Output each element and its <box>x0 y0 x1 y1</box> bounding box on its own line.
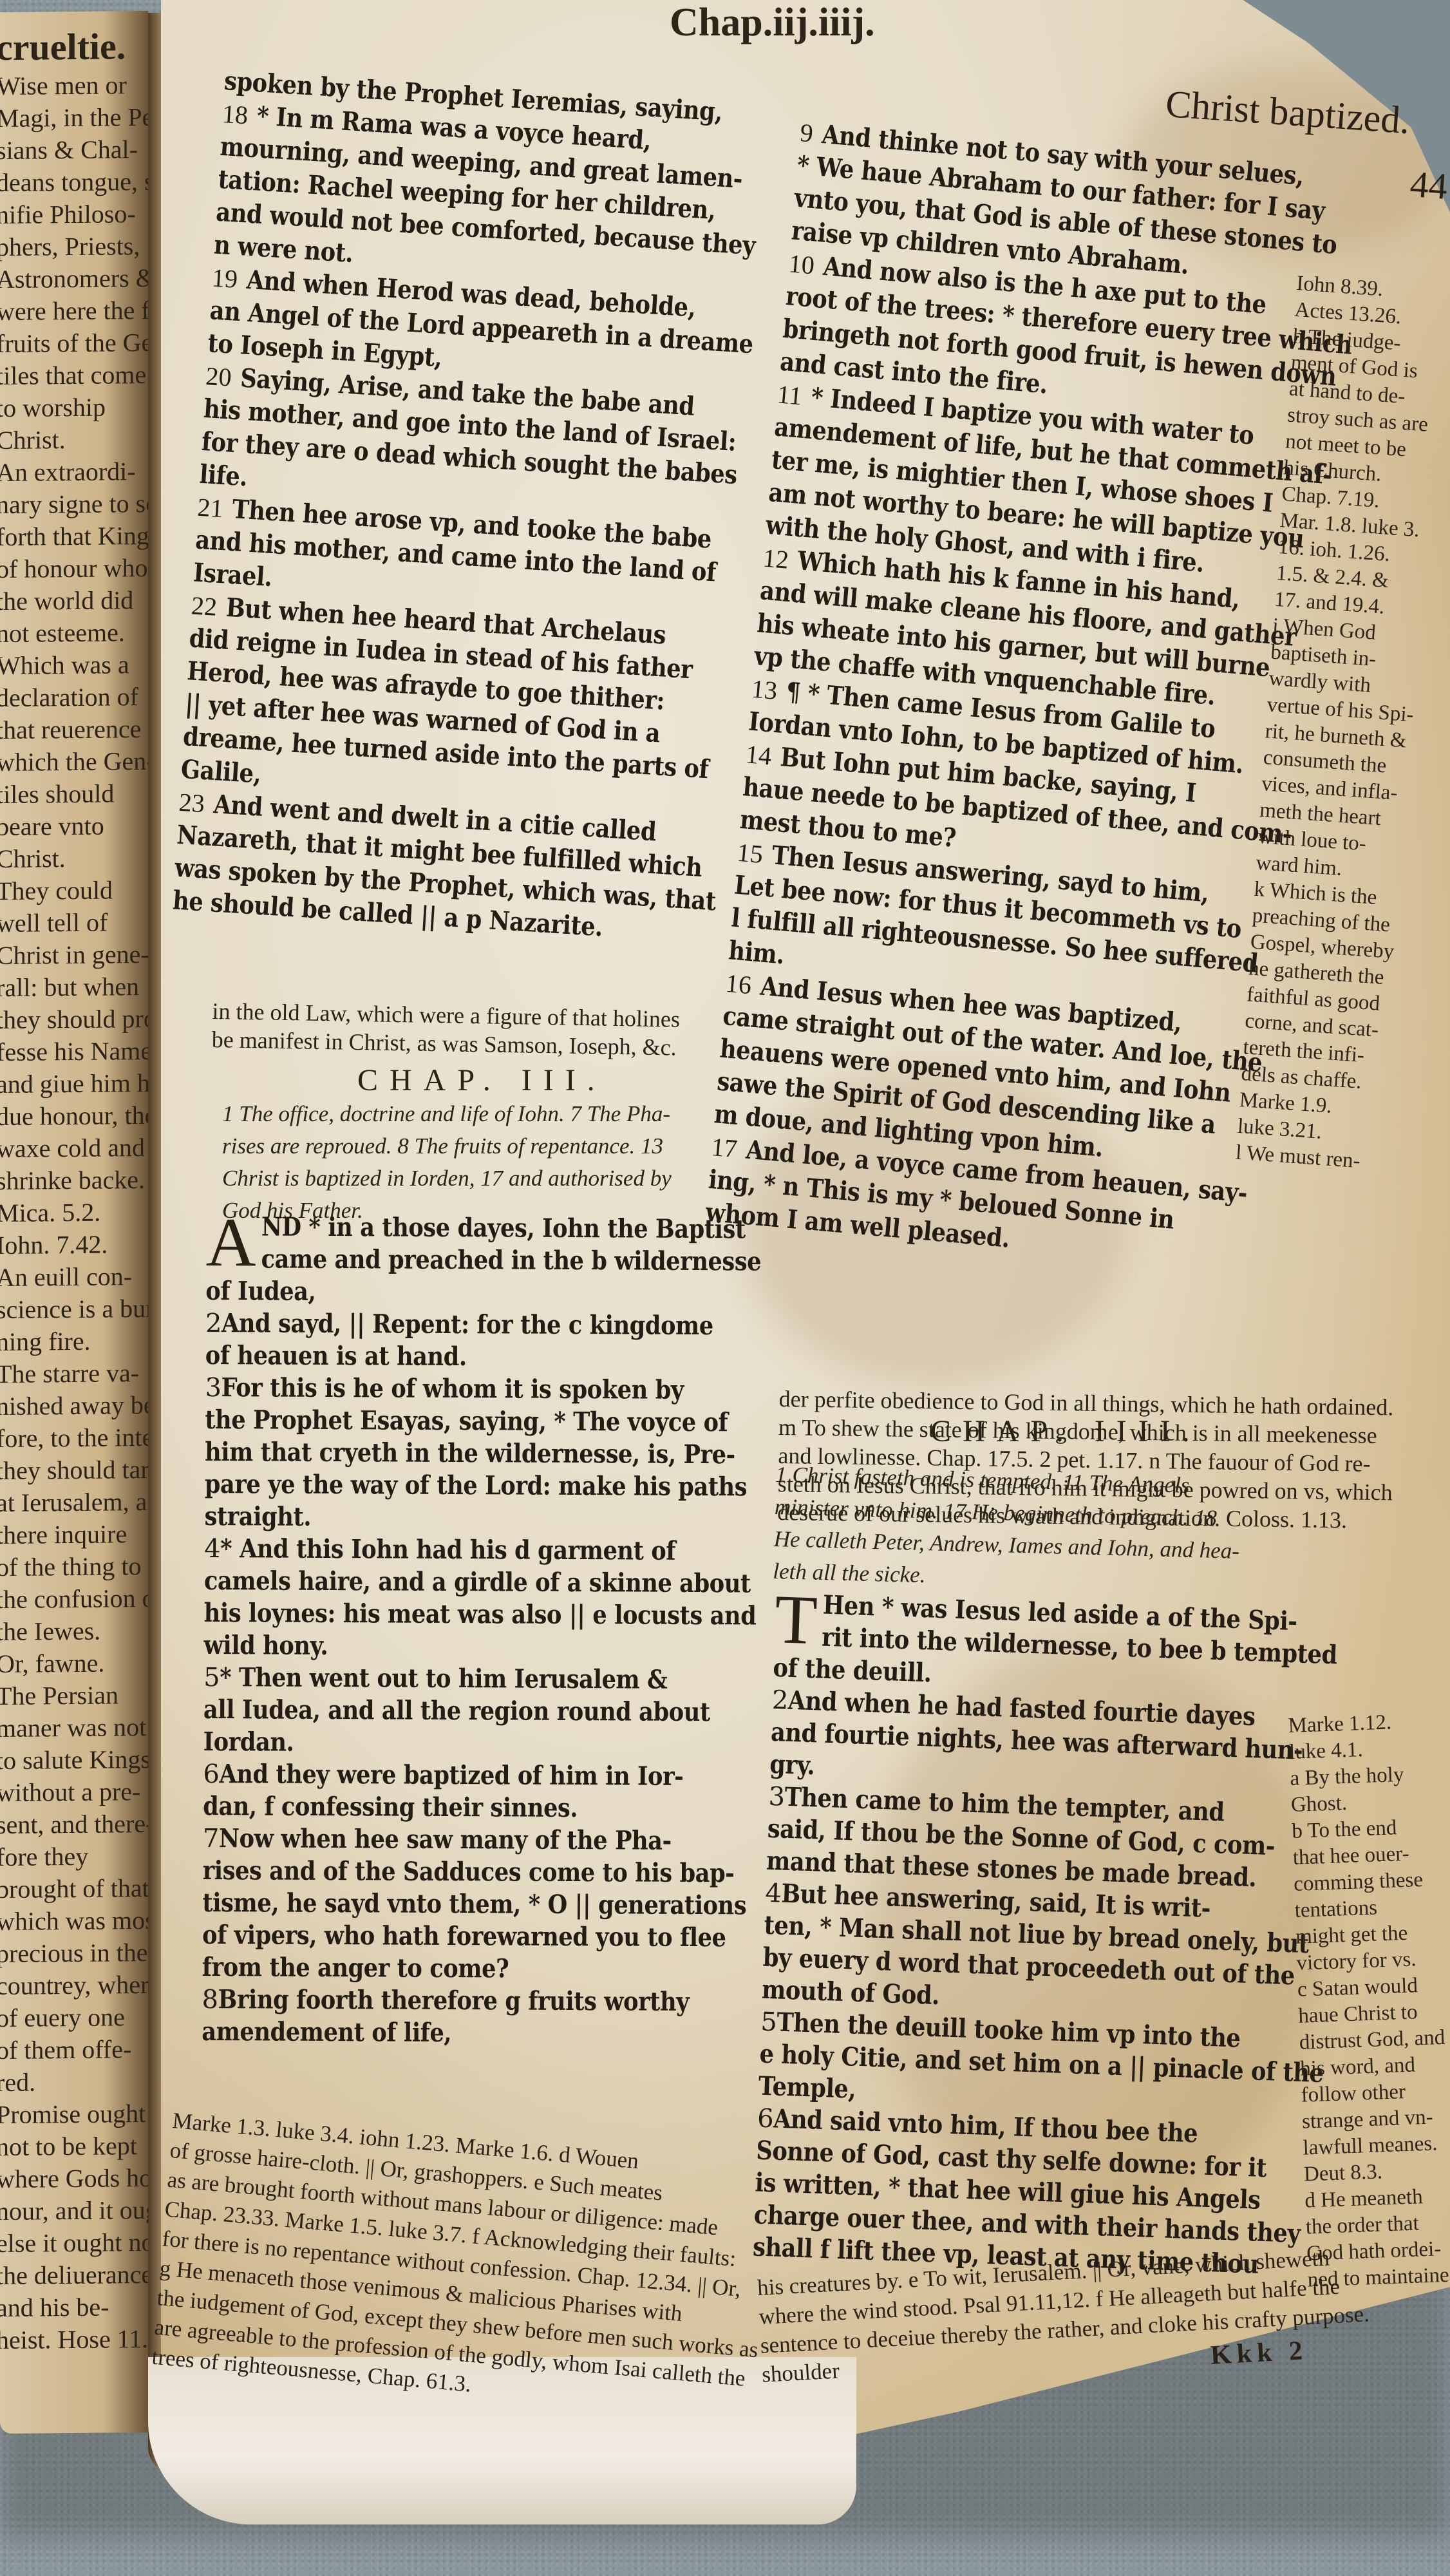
chapter-4-text: T Hen * was Iesus led aside a of the Spi… <box>752 1587 1316 2282</box>
verse-number: 23 <box>178 788 206 818</box>
marginal-note-line: and giue him his <box>0 1067 148 1101</box>
marginal-note-line: not to be kept <box>0 2130 148 2163</box>
marginal-note-line: else it ought not <box>0 2226 148 2260</box>
verse-text: camels haire, and a girdle of a skinne a… <box>204 1565 751 1600</box>
verse-line: rises and of the Sadduces come to his ba… <box>203 1855 782 1890</box>
verse-text: tisme, he sayd vnto them, * O || generat… <box>202 1887 746 1922</box>
verse-number: 13 <box>750 674 778 705</box>
verse-text: him. <box>727 934 786 971</box>
verse-text: * Then went out to him Ierusalem & <box>220 1662 668 1696</box>
marginal-note-line: nished away be- <box>0 1389 148 1423</box>
marginal-note-line: well tell of <box>0 906 148 940</box>
drop-cap: A <box>205 1211 256 1275</box>
marginal-note-line: deans tongue, sig- <box>0 166 148 199</box>
chapter-heading-3: CHAP. III. <box>357 1063 607 1098</box>
chapter-3-argument: 1 The office, doctrine and life of Iohn.… <box>222 1098 789 1227</box>
marginal-note-line: which the Gen- <box>0 745 148 779</box>
marginal-note-line: tiles that come <box>0 359 148 392</box>
verse-line: ND * in a those dayes, Iohn the Baptist <box>206 1211 786 1246</box>
verse-line: 6And they were baptized of him in Ior- <box>203 1758 782 1794</box>
verse-text: the Prophet Esayas, saying, * The voyce … <box>205 1404 728 1439</box>
verse-text: ND * in a those dayes, Iohn the Baptist <box>261 1211 746 1245</box>
marginal-note-line: waxe cold and <box>0 1132 148 1165</box>
marginal-note-line: that reuerence <box>0 713 148 746</box>
verse-line: pare ye the way of the Lord: make his pa… <box>205 1468 784 1504</box>
marginal-note-line: fruits of the Gen- <box>0 327 148 360</box>
marginal-note-line: brought of that <box>0 1872 148 1906</box>
verse-text: of vipers, who hath forewarned you to fl… <box>202 1919 726 1954</box>
verse-text: And they were baptized of him in Ior- <box>220 1758 684 1793</box>
marginal-note-line: ning fire. <box>0 1325 148 1358</box>
verse-number: 14 <box>744 739 773 770</box>
verse-number: 16 <box>724 969 753 999</box>
column-left-chap2: spoken by the Prophet Ieremias, saying,1… <box>172 64 791 952</box>
verse-line: 2And sayd, || Repent: for the c kingdome <box>205 1307 785 1343</box>
marginal-note-line: Promise ought <box>0 2098 148 2131</box>
verse-number: 17 <box>710 1132 739 1163</box>
verse-line: 7Now when hee saw many of the Pha- <box>203 1823 782 1858</box>
marginal-note-line: to salute Kings <box>0 1743 148 1777</box>
verse-number: 19 <box>211 263 239 293</box>
footnotes-chap3: Marke 1.3. luke 3.4. iohn 1.23. Marke 1.… <box>151 2106 789 2425</box>
argument-line: 1 The office, doctrine and life of Iohn.… <box>222 1098 789 1130</box>
marginal-note-line: at Ierusalem, and <box>0 1486 148 1519</box>
marginal-note-line: of euery one <box>0 2001 148 2034</box>
signature-mark: Kkk 2 <box>1210 2335 1308 2371</box>
verse-text: came and preached in the b wildernesse <box>261 1243 761 1278</box>
marginal-note-line: maner was not <box>0 1711 148 1745</box>
verse-text: * And this Iohn had his d garment of <box>221 1533 676 1567</box>
marginal-note-line: rall: but when <box>0 971 148 1004</box>
verse-text: Bring foorth therefore g fruits worthy <box>218 1984 690 2018</box>
verse-text: rises and of the Sadduces come to his ba… <box>203 1855 735 1889</box>
chapter-3-text: A ND * in a those dayes, Iohn the Baptis… <box>202 1211 786 2051</box>
marginal-note-line: not esteeme. <box>0 616 148 650</box>
verse-line: 3For this is he of whom it is spoken by <box>205 1372 784 1407</box>
chapter-heading-4: CHAP. IIII. <box>930 1414 1201 1449</box>
verse-number: 4 <box>765 1879 782 1909</box>
chapter-4-argument: 1 Christ fasteth and is tempted. 11 The … <box>773 1459 1317 1602</box>
verse-number: 15 <box>736 838 764 869</box>
marginal-note-line: shrinke backe. <box>0 1164 148 1197</box>
verse-line: 4* And this Iohn had his d garment of <box>204 1533 784 1568</box>
verse-text: Now when hee saw many of the Pha- <box>219 1823 672 1857</box>
page-number: 441 <box>1409 162 1450 209</box>
verse-number: 9 <box>799 118 814 148</box>
verse-number: 20 <box>205 361 232 392</box>
verse-number: 3 <box>205 1373 221 1403</box>
verse-number: 5 <box>203 1663 220 1692</box>
verse-line: 8Bring foorth therefore g fruits worthy <box>202 1984 781 2019</box>
marginal-note-line: An euill con- <box>0 1260 148 1294</box>
marginal-note-line: beare vnto <box>0 810 148 843</box>
verse-text: dan, f confessing their sinnes. <box>203 1790 578 1824</box>
verse-text: pare ye the way of the Lord: make his pa… <box>205 1468 748 1503</box>
footnote-chap2: in the old Law, which were a figure of t… <box>211 997 778 1063</box>
marginal-note-line: fore, to the intent <box>0 1421 148 1455</box>
marginal-note-line: Astronomers &c <box>0 262 148 296</box>
verse-line: tisme, he sayd vnto them, * O || generat… <box>202 1887 782 1922</box>
verse-number: 21 <box>196 493 224 523</box>
marginal-note-line: of the thing to <box>0 1550 148 1584</box>
marginal-note-line: Magi, in the Per- <box>0 101 148 135</box>
verse-line: amendement of life, <box>202 2016 781 2051</box>
margin-note-line: lawfull meanes. <box>1303 2130 1450 2162</box>
verse-line: of heauen is at hand. <box>205 1340 785 1375</box>
marginal-note-line: they should pro- <box>0 1003 148 1036</box>
marginal-note-line: declaration of <box>0 681 148 714</box>
verse-line: the Prophet Esayas, saying, * The voyce … <box>205 1404 784 1439</box>
marginal-note-line: Mica. 5.2. <box>0 1196 148 1229</box>
marginal-note-line: forth that King <box>0 520 148 553</box>
marginal-note-line: nary signe to set <box>0 488 148 521</box>
marginal-note-line: and his be- <box>0 2291 148 2324</box>
marginal-note-line: countrey, where- <box>0 1969 148 2002</box>
verse-number: 6 <box>203 1759 220 1789</box>
marginal-note-line: They could <box>0 874 148 907</box>
marginal-note-line: fesse his Name, <box>0 1035 148 1068</box>
verse-text: life. <box>198 458 248 494</box>
verse-line: from the anger to come? <box>202 1951 782 1987</box>
marginal-note-line: sians & Chal- <box>0 133 148 167</box>
verse-number: 11 <box>776 379 803 410</box>
verse-number: 6 <box>757 2104 774 2134</box>
verse-number: 22 <box>191 591 218 621</box>
marginal-note-line: The Persian <box>0 1679 148 1712</box>
marginal-note-line: due honour, they <box>0 1099 148 1133</box>
marginal-note-line: to worship <box>0 391 148 424</box>
left-page-marginal-notes: Wise men orMagi, in the Per-sians & Chal… <box>0 69 148 2356</box>
verse-text: of heauen is at hand. <box>205 1340 467 1373</box>
verse-number: 12 <box>762 543 790 574</box>
marginal-note-line: without a pre- <box>0 1776 148 1809</box>
marginal-note-line: the confusion of <box>0 1582 148 1616</box>
verse-text: amendement of life, <box>202 2016 451 2049</box>
verse-text: And sayd, || Repent: for the c kingdome <box>221 1307 713 1342</box>
verse-text: him that cryeth in the wildernesse, is, … <box>205 1436 735 1471</box>
marginal-note-line: fore they <box>0 1840 148 1873</box>
verse-text: straight. <box>204 1501 311 1533</box>
verse-line: all Iudea, and all the region round abou… <box>203 1694 783 1729</box>
verse-line: dan, f confessing their sinnes. <box>203 1790 782 1826</box>
verse-line: his loynes: his meat was also || e locus… <box>204 1597 784 1633</box>
marginal-note-line: they should tary <box>0 1454 148 1487</box>
marginal-note-line: Which was a <box>0 649 148 682</box>
verse-number: 4 <box>204 1534 221 1564</box>
marginal-note-line: Christ. <box>0 423 148 457</box>
verse-number: 2 <box>771 1685 789 1716</box>
verse-number: 3 <box>768 1782 786 1812</box>
marginal-note-line: of honour whom <box>0 552 148 585</box>
marginal-note-line: the world did <box>0 584 148 618</box>
verse-text: of the deuill. <box>773 1652 932 1690</box>
marginal-note-line: red. <box>0 2065 148 2099</box>
marginal-note-line: An extraordi- <box>0 455 148 489</box>
marginal-note-line: Christ in gene- <box>0 938 148 972</box>
verse-number: 10 <box>787 249 816 279</box>
marginal-note-line: precious in their <box>0 1937 148 1970</box>
marginal-note-line: science is a bur- <box>0 1293 148 1326</box>
marginal-note-line: Wise men or <box>0 69 148 102</box>
verse-text: For this is he of whom it is spoken by <box>221 1372 684 1406</box>
verse-text: Galile, <box>180 753 263 791</box>
margin-note-line: distrust God, and <box>1299 2024 1450 2056</box>
verse-number: 2 <box>205 1309 222 1338</box>
verse-line: came and preached in the b wildernesse <box>205 1243 785 1278</box>
right-margin-notes-chap4: Marke 1.12.luke 4.1.a By the holyGhost.b… <box>1288 1707 1450 2293</box>
verse-text: all Iudea, and all the region round abou… <box>203 1694 710 1728</box>
verse-line: camels haire, and a girdle of a skinne a… <box>204 1565 784 1600</box>
marginal-note-line: tiles should <box>0 777 148 811</box>
verse-line: of Iudea, <box>205 1275 785 1311</box>
verse-text: gry. <box>769 1748 816 1782</box>
drop-cap: T <box>774 1587 818 1653</box>
verse-line: 5* Then went out to him Ierusalem & <box>203 1662 783 1697</box>
marginal-note-line: Or, fawne. <box>0 1647 148 1680</box>
verse-number: 18 <box>221 99 249 129</box>
verse-text: Israel. <box>193 556 274 594</box>
marginal-note-line: nour, and it ought not <box>0 2194 148 2228</box>
verse-text: of Iudea, <box>205 1275 315 1308</box>
verse-text: from the anger to come? <box>202 1951 509 1985</box>
verse-text: wild hony. <box>203 1629 328 1662</box>
marginal-note-line: the deliuerance <box>0 2259 148 2292</box>
marginal-note-line: the Iewes. <box>0 1615 148 1648</box>
running-head: Chap.iij.iiij. <box>670 0 875 46</box>
previous-page-fragment: crueltie. Wise men orMagi, in the Per-si… <box>0 11 148 2434</box>
marginal-note-line: of them offe- <box>0 2033 148 2067</box>
marginal-note-line: heist. Hose 11. <box>0 2323 148 2356</box>
verse-text: Temple, <box>758 2070 856 2106</box>
verse-number: 7 <box>203 1824 220 1853</box>
marginal-note-line: phers, Priests, <box>0 230 148 263</box>
marginal-note-line: where Gods ho- <box>0 2162 148 2195</box>
marginal-note-line: were here the first <box>0 294 148 328</box>
marginal-note-line: Iohn. 7.42. <box>0 1228 148 1262</box>
verse-line: straight. <box>204 1501 784 1536</box>
verse-text: his loynes: his meat was also || e locus… <box>204 1597 757 1632</box>
verse-line: Iordan. <box>203 1726 783 1761</box>
verse-line: wild hony. <box>203 1629 783 1665</box>
marginal-note-line: Christ. <box>0 842 148 875</box>
verse-number: 8 <box>202 1985 218 2014</box>
marginal-note-line: there inquire <box>0 1518 148 1551</box>
verse-line: him that cryeth in the wildernesse, is, … <box>205 1436 784 1472</box>
argument-line: rises are reproued. 8 The fruits of repe… <box>222 1130 789 1162</box>
marginal-note-line: sent, and there- <box>0 1808 148 1841</box>
marginal-note-line: The starre va- <box>0 1357 148 1390</box>
left-page-title: crueltie. <box>0 30 148 64</box>
verse-number: 5 <box>760 2007 778 2038</box>
verse-text: Iordan. <box>203 1726 294 1759</box>
argument-line: Christ is baptized in Iorden, 17 and aut… <box>222 1162 789 1195</box>
verse-line: of vipers, who hath forewarned you to fl… <box>202 1919 782 1955</box>
marginal-note-line: nifie Philoso- <box>0 198 148 231</box>
marginal-note-line: which was most <box>0 1904 148 1938</box>
